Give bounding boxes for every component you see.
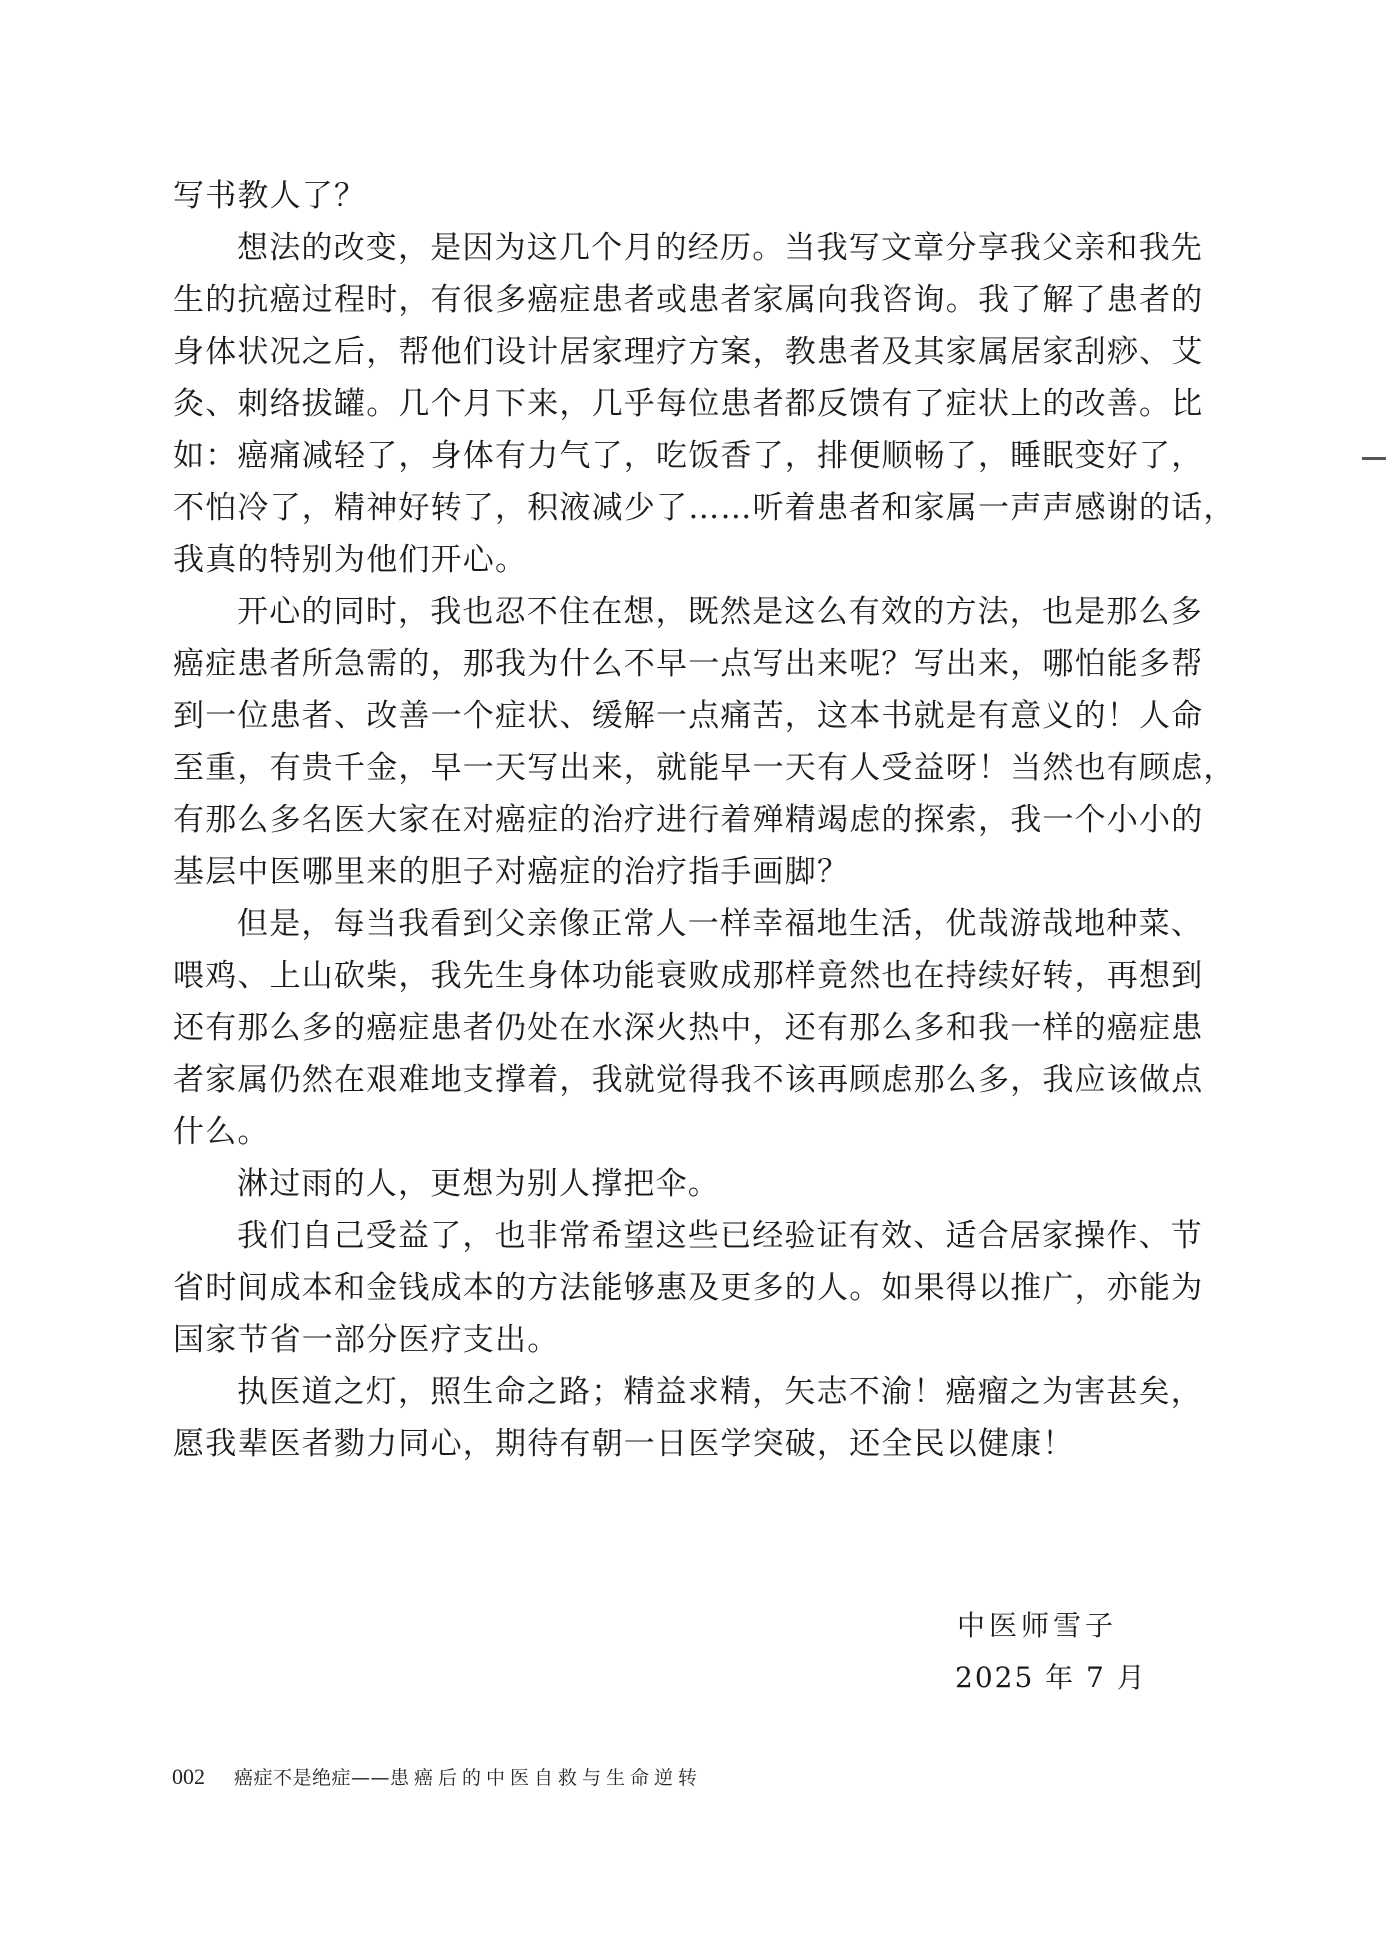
text-line: 喂鸡、上山砍柴，我先生身体功能衰败成那样竟然也在持续好转，再想到 (173, 950, 1173, 1002)
text-line: 愿我辈医者勠力同心，期待有朝一日医学突破，还全民以健康！ (173, 1418, 1173, 1470)
book-subtitle: 患癌后的中医自救与生命逆转 (390, 1767, 702, 1789)
author-name: 中医师雪子 (955, 1600, 1147, 1652)
page-edge-mark (1362, 457, 1386, 460)
book-page: 写书教人了？ 想法的改变，是因为这几个月的经历。当我写文章分享我父亲和我先 生的… (0, 0, 1386, 1938)
text-line: 写书教人了？ (173, 170, 1173, 222)
text-line: 癌症患者所急需的，那我为什么不早一点写出来呢？写出来，哪怕能多帮 (173, 638, 1173, 690)
text-line: 者家属仍然在艰难地支撑着，我就觉得我不该再顾虑那么多，我应该做点 (173, 1054, 1173, 1106)
text-line: 想法的改变，是因为这几个月的经历。当我写文章分享我父亲和我先 (173, 222, 1173, 274)
text-line: 不怕冷了，精神好转了，积液减少了……听着患者和家属一声声感谢的话， (173, 482, 1173, 534)
text-line: 我们自己受益了，也非常希望这些已经验证有效、适合居家操作、节 (173, 1210, 1173, 1262)
text-line: 至重，有贵千金，早一天写出来，就能早一天有人受益呀！当然也有顾虑， (173, 742, 1173, 794)
text-line: 省时间成本和金钱成本的方法能够惠及更多的人。如果得以推广，亦能为 (173, 1262, 1173, 1314)
text-line: 还有那么多的癌症患者仍处在水深火热中，还有那么多和我一样的癌症患 (173, 1002, 1173, 1054)
text-line: 淋过雨的人，更想为别人撑把伞。 (173, 1158, 1173, 1210)
text-line: 生的抗癌过程时，有很多癌症患者或患者家属向我咨询。我了解了患者的 (173, 274, 1173, 326)
text-line: 国家节省一部分医疗支出。 (173, 1314, 1173, 1366)
text-line: 我真的特别为他们开心。 (173, 534, 1173, 586)
signature: 中医师雪子 2025 年 7 月 (955, 1600, 1147, 1704)
text-line: 有那么多名医大家在对癌症的治疗进行着殚精竭虑的探索，我一个小小的 (173, 794, 1173, 846)
text-line: 如：癌痛减轻了，身体有力气了，吃饭香了，排便顺畅了，睡眠变好了， (173, 430, 1173, 482)
book-title: 癌症不是绝症—— (234, 1767, 390, 1789)
page-footer: 002癌症不是绝症——患癌后的中医自救与生命逆转 (172, 1762, 702, 1793)
text-line: 但是，每当我看到父亲像正常人一样幸福地生活，优哉游哉地种菜、 (173, 898, 1173, 950)
text-line: 灸、刺络拔罐。几个月下来，几乎每位患者都反馈有了症状上的改善。比 (173, 378, 1173, 430)
text-line: 开心的同时，我也忍不住在想，既然是这么有效的方法，也是那么多 (173, 586, 1173, 638)
text-line: 执医道之灯，照生命之路；精益求精，矢志不渝！癌瘤之为害甚矣， (173, 1366, 1173, 1418)
text-line: 身体状况之后，帮他们设计居家理疗方案，教患者及其家属居家刮痧、艾 (173, 326, 1173, 378)
text-line: 到一位患者、改善一个症状、缓解一点痛苦，这本书就是有意义的！人命 (173, 690, 1173, 742)
signature-date: 2025 年 7 月 (955, 1652, 1147, 1704)
page-number: 002 (172, 1762, 234, 1792)
text-line: 什么。 (173, 1106, 1173, 1158)
text-line: 基层中医哪里来的胆子对癌症的治疗指手画脚？ (173, 846, 1173, 898)
body-text: 写书教人了？ 想法的改变，是因为这几个月的经历。当我写文章分享我父亲和我先 生的… (173, 170, 1173, 1470)
